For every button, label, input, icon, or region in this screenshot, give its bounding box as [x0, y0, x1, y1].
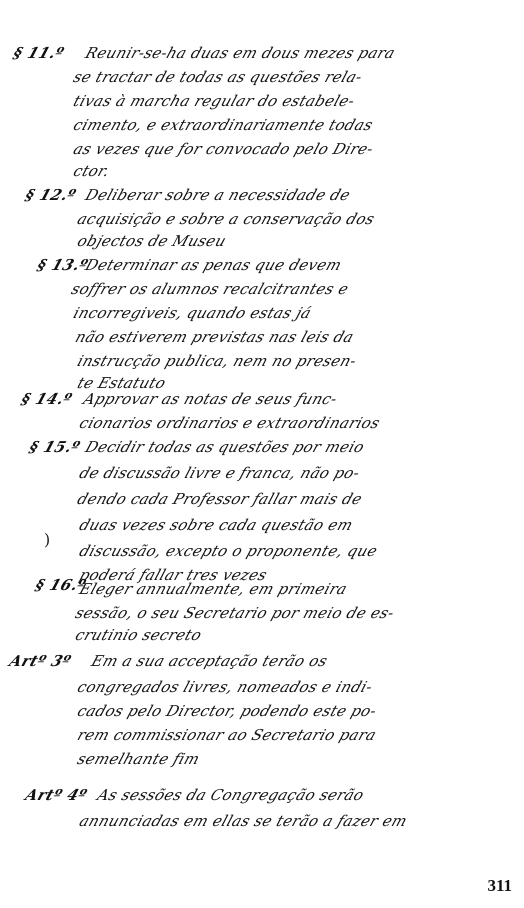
page-number: 311 [487, 876, 512, 896]
text-line: congregados livres, nomeados e indi- [75, 678, 375, 696]
text-line: sessão, o seu Secretario por meio de es- [73, 604, 397, 622]
section-marker: § 14.º [19, 390, 75, 408]
text-line: objectos de Museu [75, 232, 229, 250]
text-line: rem commissionar ao Secretario para [75, 726, 379, 744]
text-line: Determinar as penas que devem [83, 256, 344, 274]
margin-mark: ) [44, 530, 50, 549]
text-line: acquisição e sobre a conservação dos [75, 210, 377, 228]
text-line: cados pelo Director, podendo este po- [75, 702, 379, 720]
article-marker: Artº 4º [23, 786, 89, 804]
text-line: tivas à marcha regular do estabele- [71, 92, 357, 110]
manuscript-page: § 11.º Reunir-se-ha duas em dous mezes p… [0, 0, 524, 908]
text-line: se tractar de todas as questões rela- [71, 68, 365, 86]
section-marker: § 11.º [11, 44, 67, 62]
text-line: discussão, excepto o proponente, que [77, 542, 380, 560]
text-line: instrucção publica, nem no presen- [75, 352, 359, 370]
text-line: Approvar as notas de seus func- [81, 390, 340, 408]
text-line: Em a sua acceptação terão os [89, 652, 330, 670]
text-line: dendo cada Professor fallar mais de [75, 490, 365, 508]
text-line: crutinio secreto [73, 626, 204, 644]
text-line: cionarios ordinarios e extraordinarios [77, 414, 382, 432]
text-line: ctor. [71, 162, 112, 180]
text-line: não estiverem previstas nas leis da [73, 328, 356, 346]
section-marker: § 13.º [35, 256, 91, 274]
text-line: duas vezes sobre cada questão em [77, 516, 355, 534]
section-marker: § 15.º [27, 438, 83, 456]
text-line: annunciadas em ellas se terão a fazer em [77, 812, 410, 830]
text-line: incorregiveis, quando estas já [71, 304, 314, 322]
section-marker: § 12.º [23, 186, 79, 204]
text-line: Deliberar sobre a necessidade de [83, 186, 353, 204]
text-line: de discussão livre e franca, não po- [77, 464, 362, 482]
text-line: Decidir todas as questões por meio [83, 438, 367, 456]
article-marker: Artº 3º [7, 652, 73, 670]
text-line: soffrer os alumnos recalcitrantes e [69, 280, 351, 298]
text-line: as vezes que for convocado pelo Dire- [71, 140, 376, 158]
text-line: Reunir-se-ha duas em dous mezes para [83, 44, 398, 62]
text-line: semelhante fim [75, 750, 202, 768]
text-line: cimento, e extraordinariamente todas [71, 116, 375, 134]
text-line: As sessões da Congregação serão [95, 786, 366, 804]
text-line: Eleger annualmente, em primeira [77, 580, 350, 598]
